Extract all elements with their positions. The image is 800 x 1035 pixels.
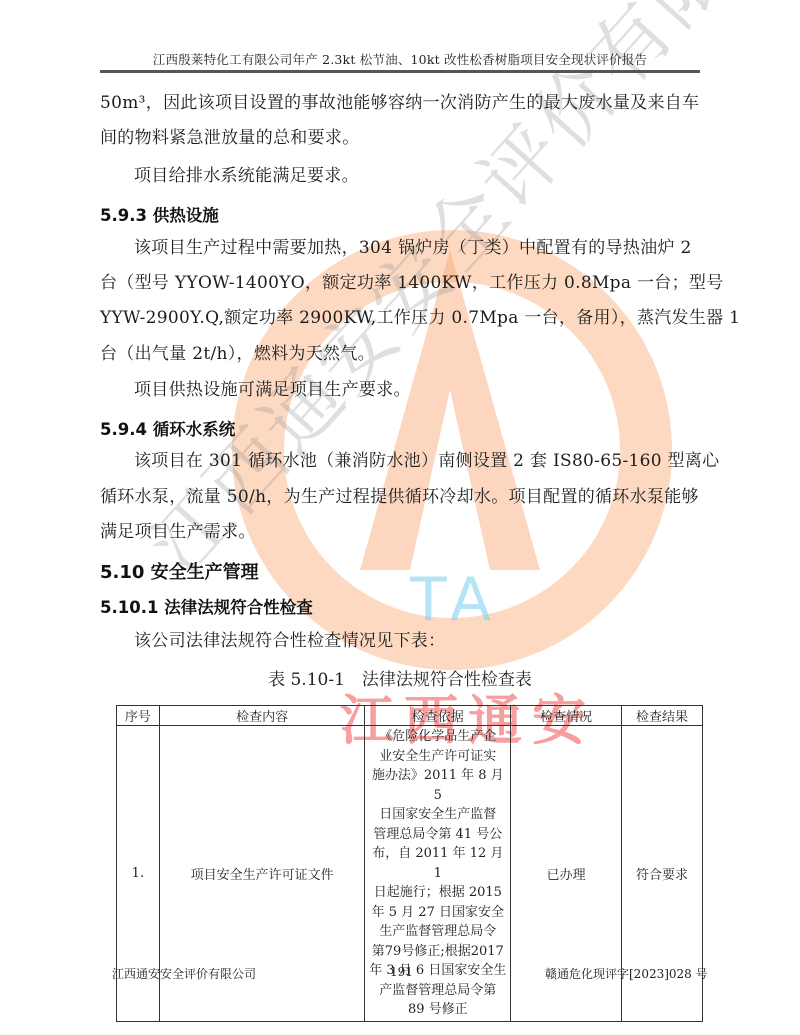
paragraph-line: YYW-2900Y.Q,额定功率 2900KW,工作压力 0.7Mpa 一台，备…	[100, 308, 700, 328]
basis-line: 生产监督管理总局令	[368, 922, 507, 942]
paragraph-line: 项目供热设施可满足项目生产要求。	[134, 380, 734, 400]
paragraph-line: 该公司法律法规符合性检查情况见下表：	[134, 631, 734, 651]
basis-line: 89 号修正	[368, 1000, 507, 1020]
paragraph-line: 台（出气量 2t/h），燃料为天然气。	[100, 344, 700, 364]
column-header: 检查结果	[622, 706, 703, 726]
column-header: 检查情况	[511, 706, 622, 726]
section-heading-5-9-4: 5.9.4 循环水系统	[100, 416, 235, 440]
basis-line: 年 5 月 27 日国家安全	[368, 903, 507, 923]
paragraph-line: 循环水泵，流量 50/h，为生产过程提供循环冷却水。项目配置的循环水泵能够	[100, 487, 700, 507]
paragraph-line: 该项目生产过程中需要加热，304 锅炉房（丁类）中配置有的导热油炉 2	[134, 238, 734, 258]
basis-line: 产监督管理总局令第	[368, 981, 507, 1001]
basis-line: 业安全生产许可证实	[368, 747, 507, 767]
footer-page-number: 191	[390, 965, 413, 979]
table-caption: 表 5.10-1 法律法规符合性检查表	[100, 665, 700, 690]
section-heading-5-10-1: 5.10.1 法律法规符合性检查	[100, 594, 313, 618]
basis-line: 施办法》2011 年 8 月 5	[368, 766, 507, 805]
column-header: 检查内容	[159, 706, 365, 726]
basis-line: 布，自 2011 年 12 月 1	[368, 844, 507, 883]
column-header: 序号	[117, 706, 160, 726]
header-divider	[100, 70, 700, 73]
paragraph-line: 间的物料紧急泄放量的总和要求。	[100, 128, 700, 148]
paragraph-line: 项目给排水系统能满足要求。	[134, 166, 734, 186]
cell-basis: 《危险化学品生产企 业安全生产许可证实 施办法》2011 年 8 月 5 日国家…	[365, 726, 511, 1022]
table-header-row: 序号 检查内容 检查依据 检查情况 检查结果	[117, 706, 703, 726]
report-header-title: 江西殷莱特化工有限公司年产 2.3kt 松节油、10kt 改性松香树脂项目安全现…	[100, 50, 700, 68]
watermark-logo-text: TA	[410, 565, 499, 635]
basis-line: 日国家安全生产监督	[368, 805, 507, 825]
basis-line: 《危险化学品生产企	[368, 727, 507, 747]
footer-doc-number: 赣通危化现评字[2023]028 号	[545, 965, 708, 982]
basis-line: 日起施行；根据 2015	[368, 883, 507, 903]
footer-company: 江西通安安全评价有限公司	[112, 965, 256, 982]
basis-line: 第79号修正;根据2017	[368, 942, 507, 962]
basis-line: 管理总局令第 41 号公	[368, 825, 507, 845]
paragraph-line: 该项目在 301 循环水池（兼消防水池）南侧设置 2 套 IS80-65-160…	[134, 451, 734, 471]
paragraph-line: 50m³，因此该项目设置的事故池能够容纳一次消防产生的最大废水量及来自车	[100, 93, 700, 113]
document-page: TA 江西通安 江西通安安全评价有限公司 江西殷莱特化工有限公司年产 2.3kt…	[0, 0, 800, 1035]
paragraph-line: 台（型号 YYOW-1400YO，额定功率 1400KW，工作压力 0.8Mpa…	[100, 273, 700, 293]
section-heading-5-9-3: 5.9.3 供热设施	[100, 202, 219, 226]
column-header: 检查依据	[365, 706, 511, 726]
paragraph-line: 满足项目生产需求。	[100, 522, 700, 542]
section-heading-5-10: 5.10 安全生产管理	[100, 558, 259, 584]
